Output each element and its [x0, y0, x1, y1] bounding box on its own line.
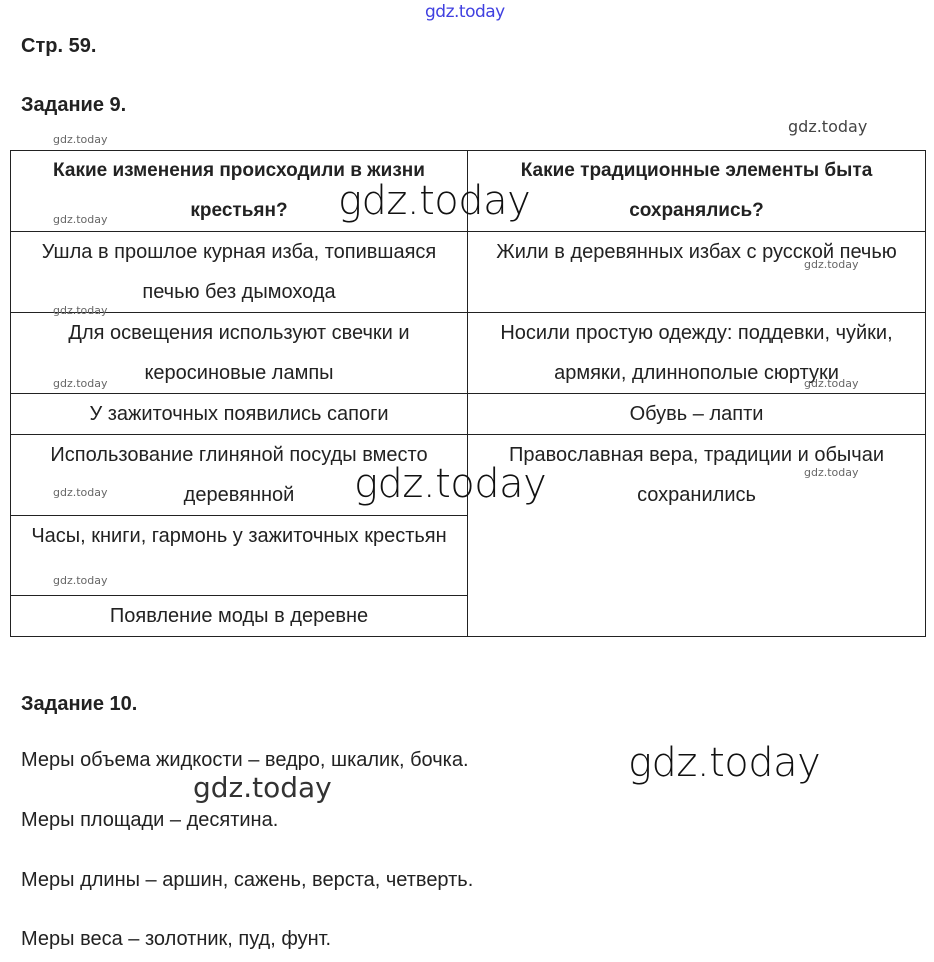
measure-line: Меры площади – десятина. [21, 809, 278, 832]
watermark: gdz.today [53, 574, 108, 587]
measure-line: Меры веса – золотник, пуд, фунт. [21, 928, 331, 951]
measure-line: Меры длины – аршин, сажень, верста, четв… [21, 869, 473, 892]
page-label: Стр. 59. [21, 35, 96, 58]
task-10-title: Задание 10. [21, 693, 137, 716]
watermark: gdz.today [53, 377, 108, 390]
watermark: gdz.today [804, 377, 859, 390]
tradition-cell: Обувь – лапти [468, 394, 926, 435]
watermark: gdz.today [53, 133, 108, 146]
watermark-large: gdz.today [628, 740, 820, 786]
watermark: gdz.today [53, 213, 108, 226]
watermark: gdz.today [53, 304, 108, 317]
tradition-cell: Жили в деревянных избах с русской печью [468, 232, 926, 313]
watermark: gdz.today [53, 486, 108, 499]
task-9-title: Задание 9. [21, 94, 126, 117]
change-cell: У зажиточных появились сапоги [11, 394, 468, 435]
watermark-large: gdz.today [354, 461, 546, 507]
watermark: gdz.today [193, 771, 332, 804]
watermark-top: gdz.today [425, 2, 505, 22]
change-cell: Ушла в прошлое курная изба, топившаяся п… [11, 232, 468, 313]
watermark: gdz.today [788, 117, 867, 136]
change-cell: Появление моды в деревне [11, 596, 468, 637]
watermark-large: gdz.today [338, 178, 530, 224]
watermark: gdz.today [804, 258, 859, 271]
watermark: gdz.today [804, 466, 859, 479]
measure-line: Меры объема жидкости – ведро, шкалик, бо… [21, 749, 469, 772]
header-traditions: Какие традиционные элементы быта сохраня… [468, 151, 926, 232]
